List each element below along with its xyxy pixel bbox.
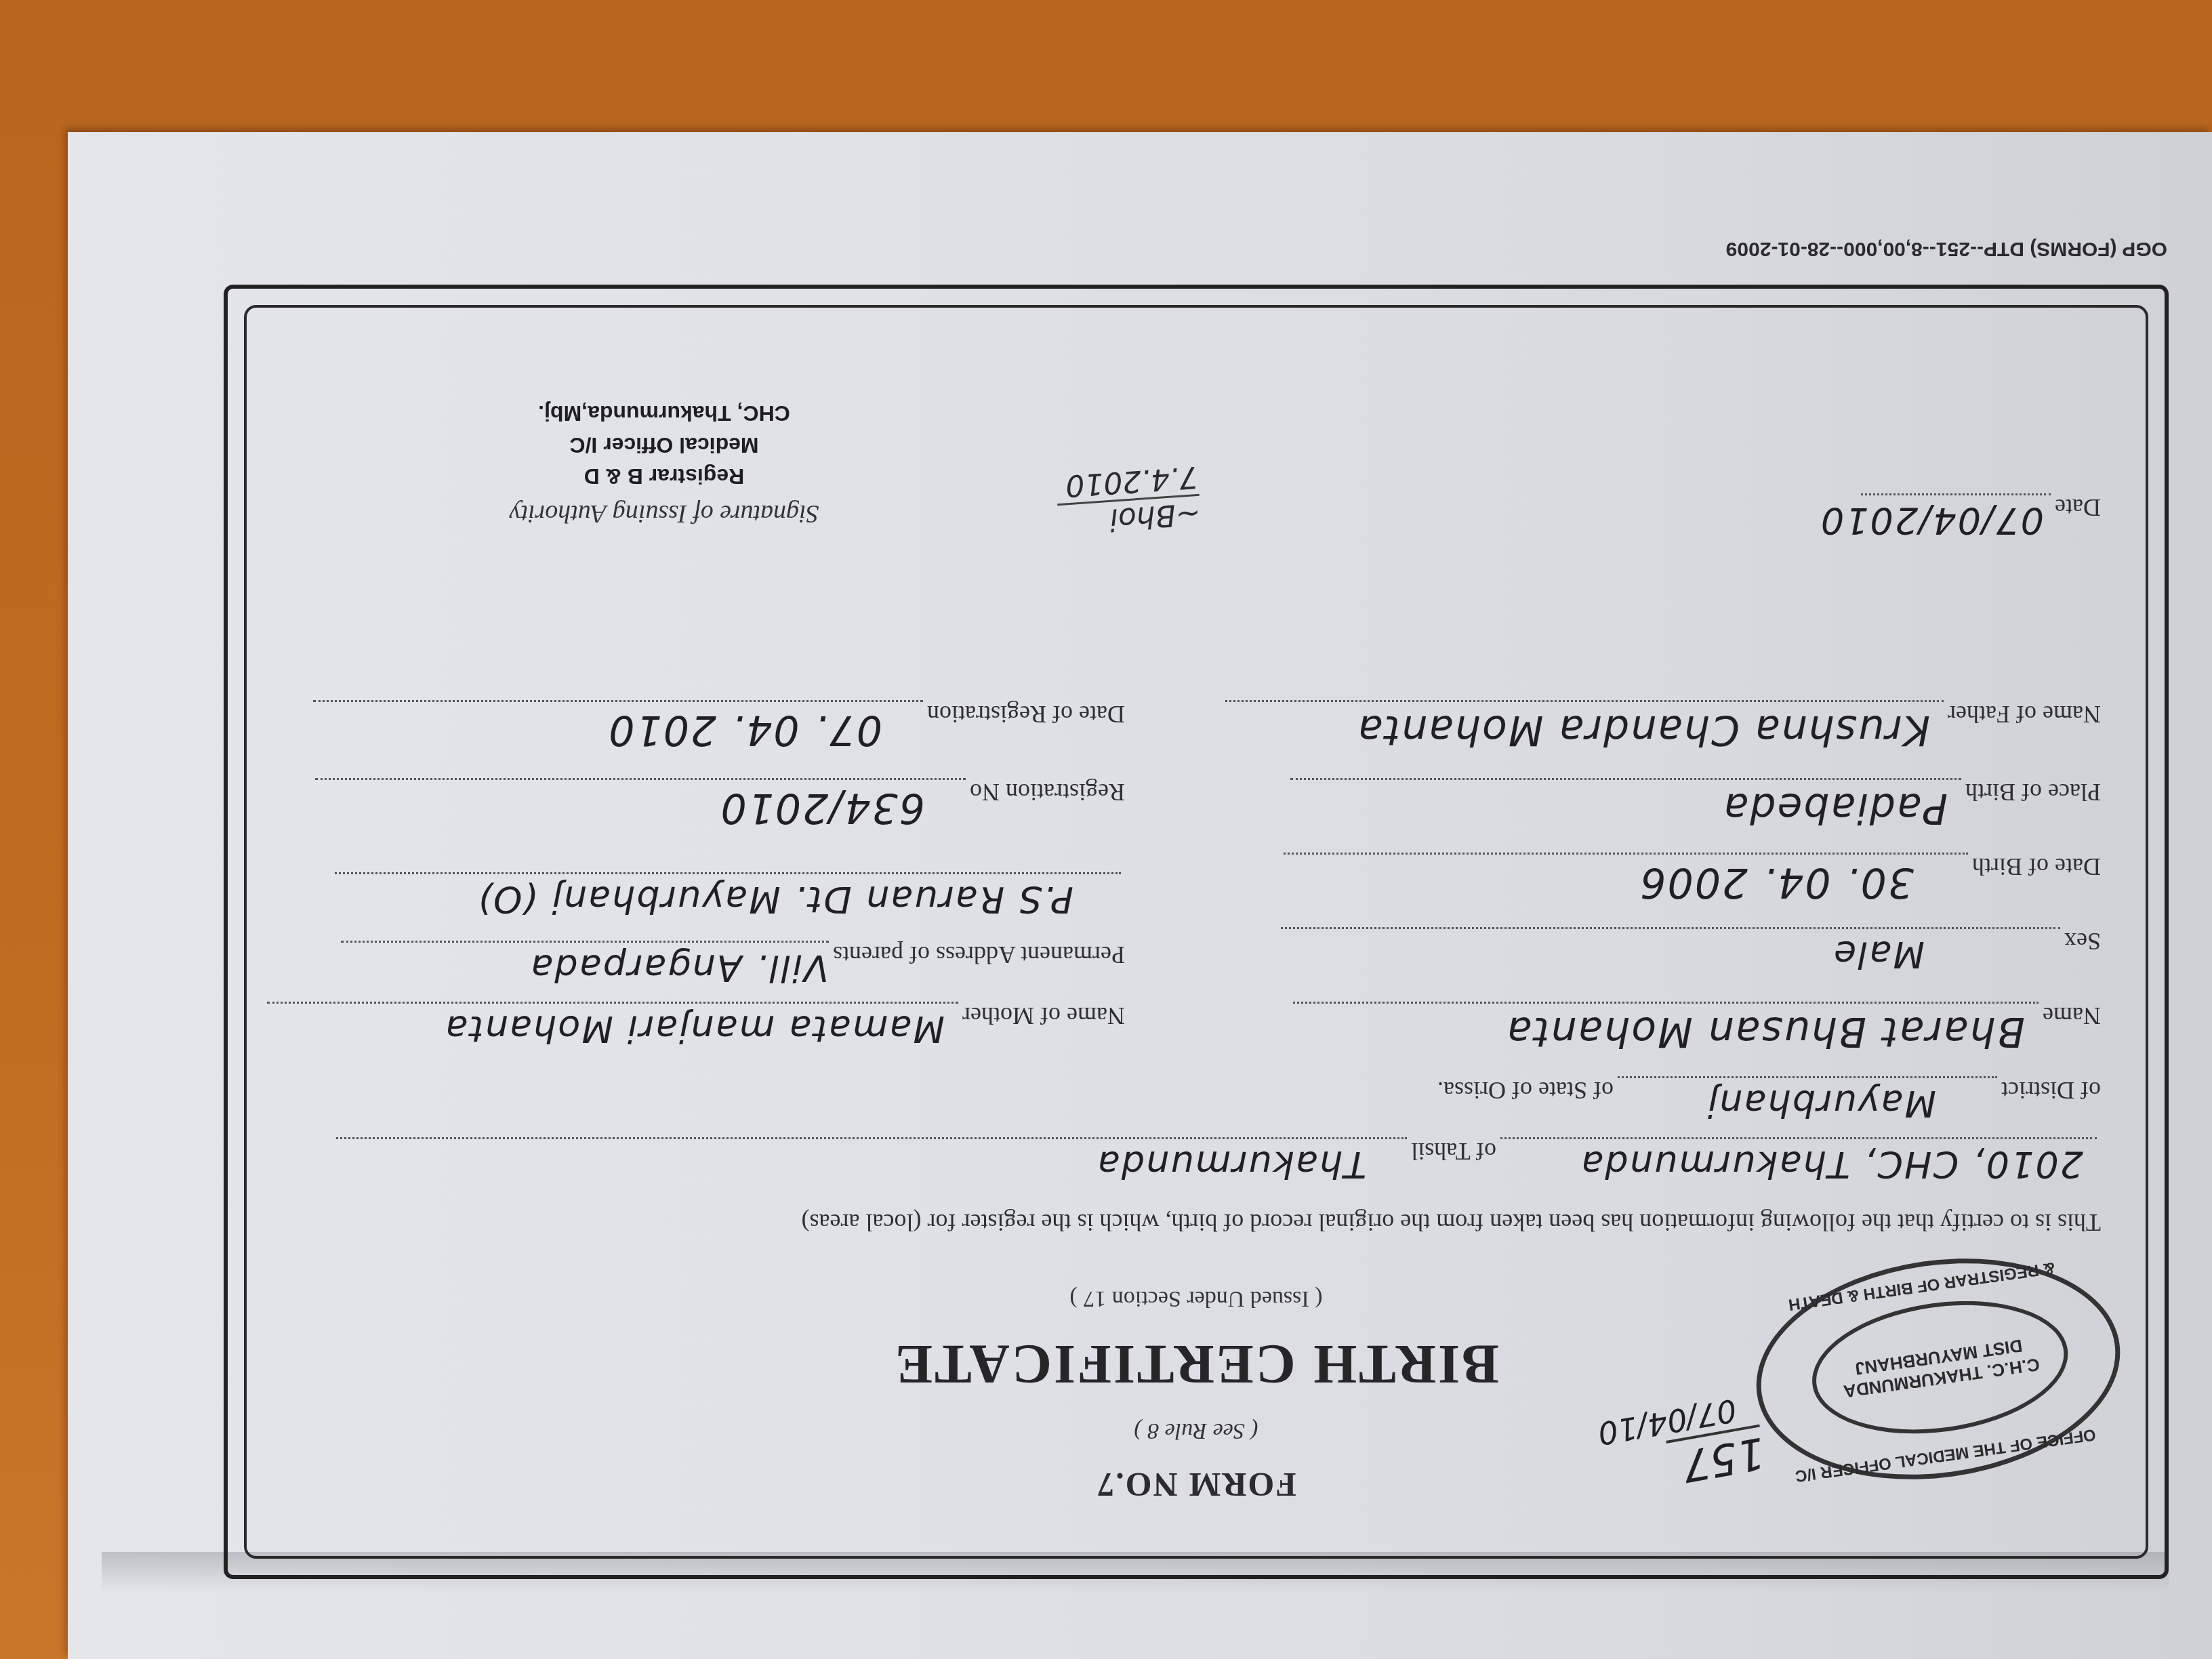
place-of-birth-label: Place of Birth <box>1965 778 2101 806</box>
birth-certificate: FORM NO.7 ( See Rule 8 ) BIRTH CERTIFICA… <box>224 285 2169 1579</box>
address-value-line2: P.S Raruan Dt. Mayurbhanj (O) <box>476 878 1073 921</box>
issue-date-field: 07/04/2010 <box>1861 493 2051 516</box>
register-place-field: 2010, CHC, Thakurmunda <box>1500 1137 2097 1160</box>
address-value-line1: Vill. Angarpada <box>529 947 829 989</box>
seal-center: C.H.C. THAKURMUNDA DIST MAYURBHANJ <box>1803 1286 2076 1449</box>
registration-no-line: Registration No 634/2010 <box>311 778 1125 806</box>
sex-line: Sex Male <box>1277 927 2101 956</box>
address-label: Permanent Address of parents <box>833 941 1125 969</box>
mother-field: Mamata manjari Mohanta <box>267 1002 958 1024</box>
chc-line: CHC, Thakurmunda,Mbj. <box>359 398 969 429</box>
address-line: Permanent Address of parents Vill. Angar… <box>337 941 1125 969</box>
father-label: Name of Father <box>1948 700 2101 729</box>
address-field: Vill. Angarpada <box>341 941 829 963</box>
dob-value: 30. 04. 2006 <box>1639 859 1914 906</box>
date-of-registration-field: 07. 04. 2010 <box>313 700 923 722</box>
certification-statement: This is to certify that the following in… <box>271 1208 2101 1237</box>
officer-initials: ~Bhoi 7.4.2010 <box>1055 459 1202 540</box>
father-value: Krushna Chandra Mohanta <box>1357 706 1930 754</box>
medical-officer-line: Medical Officer I/C <box>359 429 969 460</box>
father-field: Krushna Chandra Mohanta <box>1225 700 1944 722</box>
signature-stamp: Registrar B & D Medical Officer I/C CHC,… <box>359 398 969 492</box>
district-label: of District <box>2001 1076 2101 1105</box>
sex-value: Male <box>1832 933 1925 976</box>
father-line: Name of Father Krushna Chandra Mohanta <box>1221 700 2101 729</box>
issue-date-line: Date 07/04/2010 <box>1857 493 2101 522</box>
name-field: Bharat Bhusan Mohanta <box>1293 1002 2039 1024</box>
issue-date-label: Date <box>2055 493 2101 522</box>
place-of-birth-line: Place of Birth Padiabeda <box>1286 778 2101 806</box>
district-value: Mayurbhanj <box>1706 1082 1936 1125</box>
date-of-registration-value: 07. 04. 2010 <box>607 706 882 754</box>
form-print-code: OGP (FORMS) DTP--251--8,00,000--28-01-20… <box>216 237 2169 260</box>
sex-field: Male <box>1281 927 2060 949</box>
address-line-2: P.S Raruan Dt. Mayurbhanj (O) <box>331 872 1125 895</box>
registration-no-field: 634/2010 <box>315 778 966 800</box>
mother-line: Name of Mother Mamata manjari Mohanta <box>263 1002 1125 1030</box>
registration-no-label: Registration No <box>970 778 1125 806</box>
date-of-registration-label: Date of Registration <box>927 700 1125 729</box>
tahsil-value: Thakurmunda <box>1097 1143 1366 1186</box>
date-of-registration-line: Date of Registration 07. 04. 2010 <box>309 700 1125 729</box>
dob-field: 30. 04. 2006 <box>1284 853 1968 875</box>
address-field-2: P.S Raruan Dt. Mayurbhanj (O) <box>335 872 1121 895</box>
district-field: Mayurbhanj <box>1618 1076 1997 1099</box>
state-label: of State of Orissa. <box>1437 1076 1614 1105</box>
signature-block: Signature of Issuing Authority Registrar… <box>359 398 969 529</box>
name-line: Name Bharat Bhusan Mohanta <box>1289 1002 2101 1030</box>
tahsil-label: of Tahsil <box>1411 1137 1496 1166</box>
mother-label: Name of Mother <box>962 1002 1125 1030</box>
district-line: of District Mayurbhanj of State of Oriss… <box>1437 1076 2101 1105</box>
tahsil-field: Thakurmunda <box>336 1137 1407 1160</box>
issue-date-value: 07/04/2010 <box>1820 499 2044 542</box>
place-of-birth-value: Padiabeda <box>1723 784 1948 832</box>
mother-value: Mamata manjari Mohanta <box>444 1008 945 1050</box>
dob-label: Date of Birth <box>1972 853 2101 881</box>
signature-label: Signature of Issuing Authority <box>359 499 969 529</box>
registration-no-value: 634/2010 <box>720 784 925 832</box>
name-value: Bharat Bhusan Mohanta <box>1506 1008 2025 1055</box>
place-of-birth-field: Padiabeda <box>1290 778 1961 800</box>
name-label: Name <box>2043 1002 2101 1030</box>
sex-label: Sex <box>2064 927 2101 956</box>
register-place-value: 2010, CHC, Thakurmunda <box>1580 1143 2083 1186</box>
register-line: 2010, CHC, Thakurmunda of Tahsil Thakurm… <box>332 1137 2101 1166</box>
dob-line: Date of Birth 30. 04. 2006 <box>1279 853 2101 881</box>
registrar-line: Registrar B & D <box>359 461 969 492</box>
